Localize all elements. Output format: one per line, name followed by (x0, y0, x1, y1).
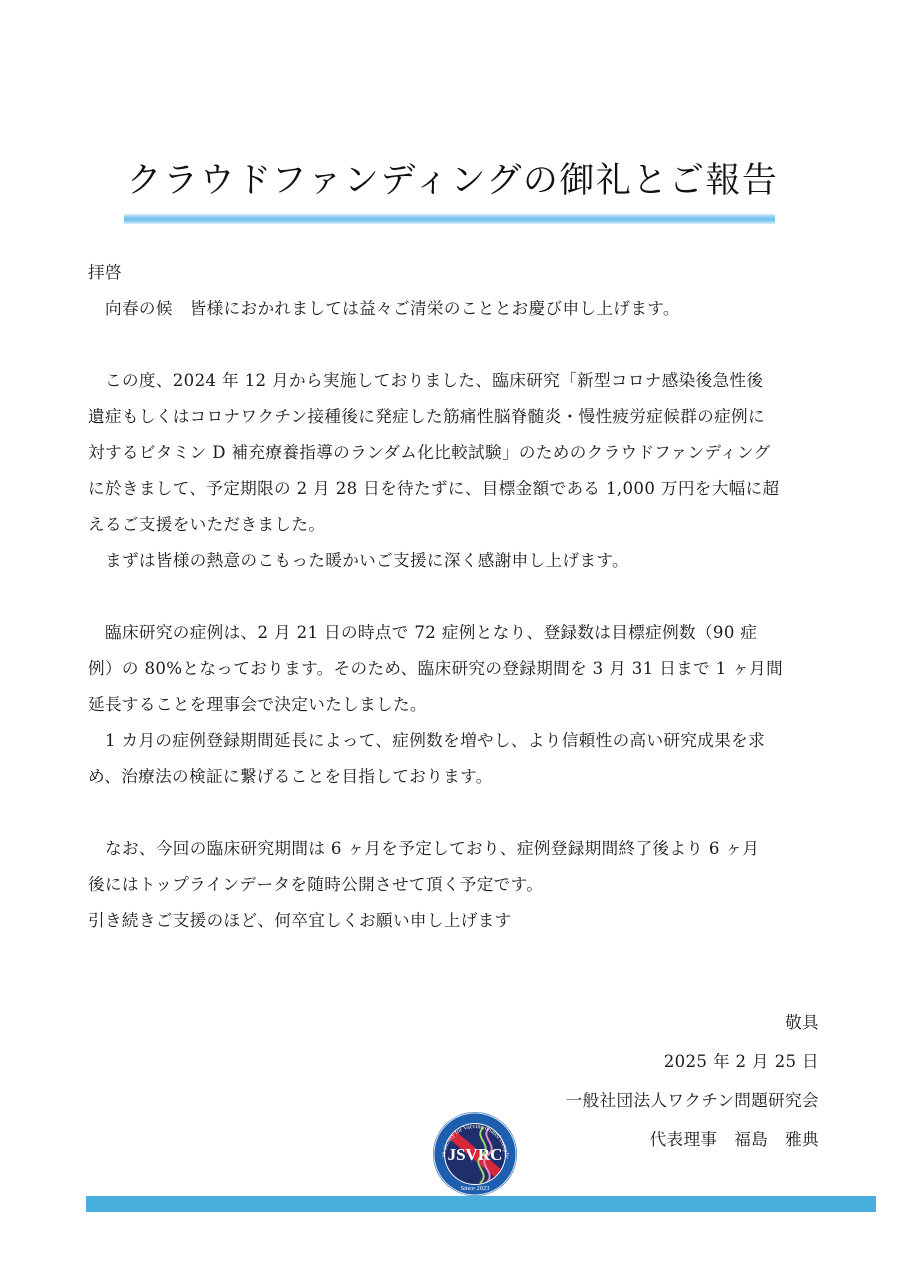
jsvrc-logo-icon: JSVRC Japanese society for Vaccine relat… (432, 1111, 518, 1197)
title-underline (124, 214, 775, 224)
footer-bar (86, 1196, 876, 1212)
paragraph-gap (88, 795, 828, 831)
organization-name: 一般社団法人ワクチン問題研究会 (566, 1081, 819, 1120)
paragraph-line: 例）の 80%となっております。そのため、臨床研究の登録期間を 3 月 31 日… (88, 651, 828, 687)
paragraph-gap (88, 579, 828, 615)
paragraph-line: この度、2024 年 12 月から実施しておりました、臨床研究「新型コロナ感染後… (88, 363, 828, 399)
salutation: 拝啓 (88, 255, 828, 291)
paragraph-gap (88, 327, 828, 363)
paragraph-line: 1 カ月の症例登録期間延長によって、症例数を増やし、より信頼性の高い研究成果を求 (88, 723, 828, 759)
paragraph-line: 引き続きご支援のほど、何卒宜しくお願い申し上げます (88, 903, 828, 939)
signatory-name: 代表理事 福島 雅典 (566, 1120, 819, 1159)
closing: 敬具 (566, 1003, 819, 1042)
paragraph-line: なお、今回の臨床研究期間は 6 ヶ月を予定しており、症例登録期間終了後より 6 … (88, 831, 828, 867)
paragraph-line: 対するビタミン D 補充療養指導のランダム化比較試験」のためのクラウドファンディ… (88, 435, 828, 471)
signature-block: 敬具 2025 年 2 月 25 日 一般社団法人ワクチン問題研究会 代表理事 … (566, 1003, 819, 1159)
paragraph-line: 遺症もしくはコロナワクチン接種後に発症した筋痛性脳脊髄炎・慢性疲労症候群の症例に (88, 399, 828, 435)
paragraph-line: まずは皆様の熱意のこもった暖かいご支援に深く感謝申し上げます。 (88, 543, 828, 579)
letter-date: 2025 年 2 月 25 日 (566, 1042, 819, 1081)
svg-text:JSVRC: JSVRC (448, 1145, 503, 1164)
paragraph-line: 臨床研究の症例は、2 月 21 日の時点で 72 症例となり、登録数は目標症例数… (88, 615, 828, 651)
paragraph-line: め、治療法の検証に繋げることを目指しております。 (88, 759, 828, 795)
greeting-line: 向春の候 皆様におかれましては益々ご清栄のこととお慶び申し上げます。 (88, 291, 828, 327)
paragraph-line: に於きまして、予定期限の 2 月 28 日を待たずに、目標金額である 1,000… (88, 471, 828, 507)
paragraph-line: 延長することを理事会で決定いたしました。 (88, 687, 828, 723)
document-title: クラウドファンディングの御礼とご報告 (0, 158, 905, 204)
letter-body: 拝啓 向春の候 皆様におかれましては益々ご清栄のこととお慶び申し上げます。 この… (88, 255, 828, 939)
svg-text:Since 2023: Since 2023 (460, 1185, 489, 1192)
paragraph-line: 後にはトップラインデータを随時公開させて頂く予定です。 (88, 867, 828, 903)
paragraph-line: えるご支援をいただきました。 (88, 507, 828, 543)
